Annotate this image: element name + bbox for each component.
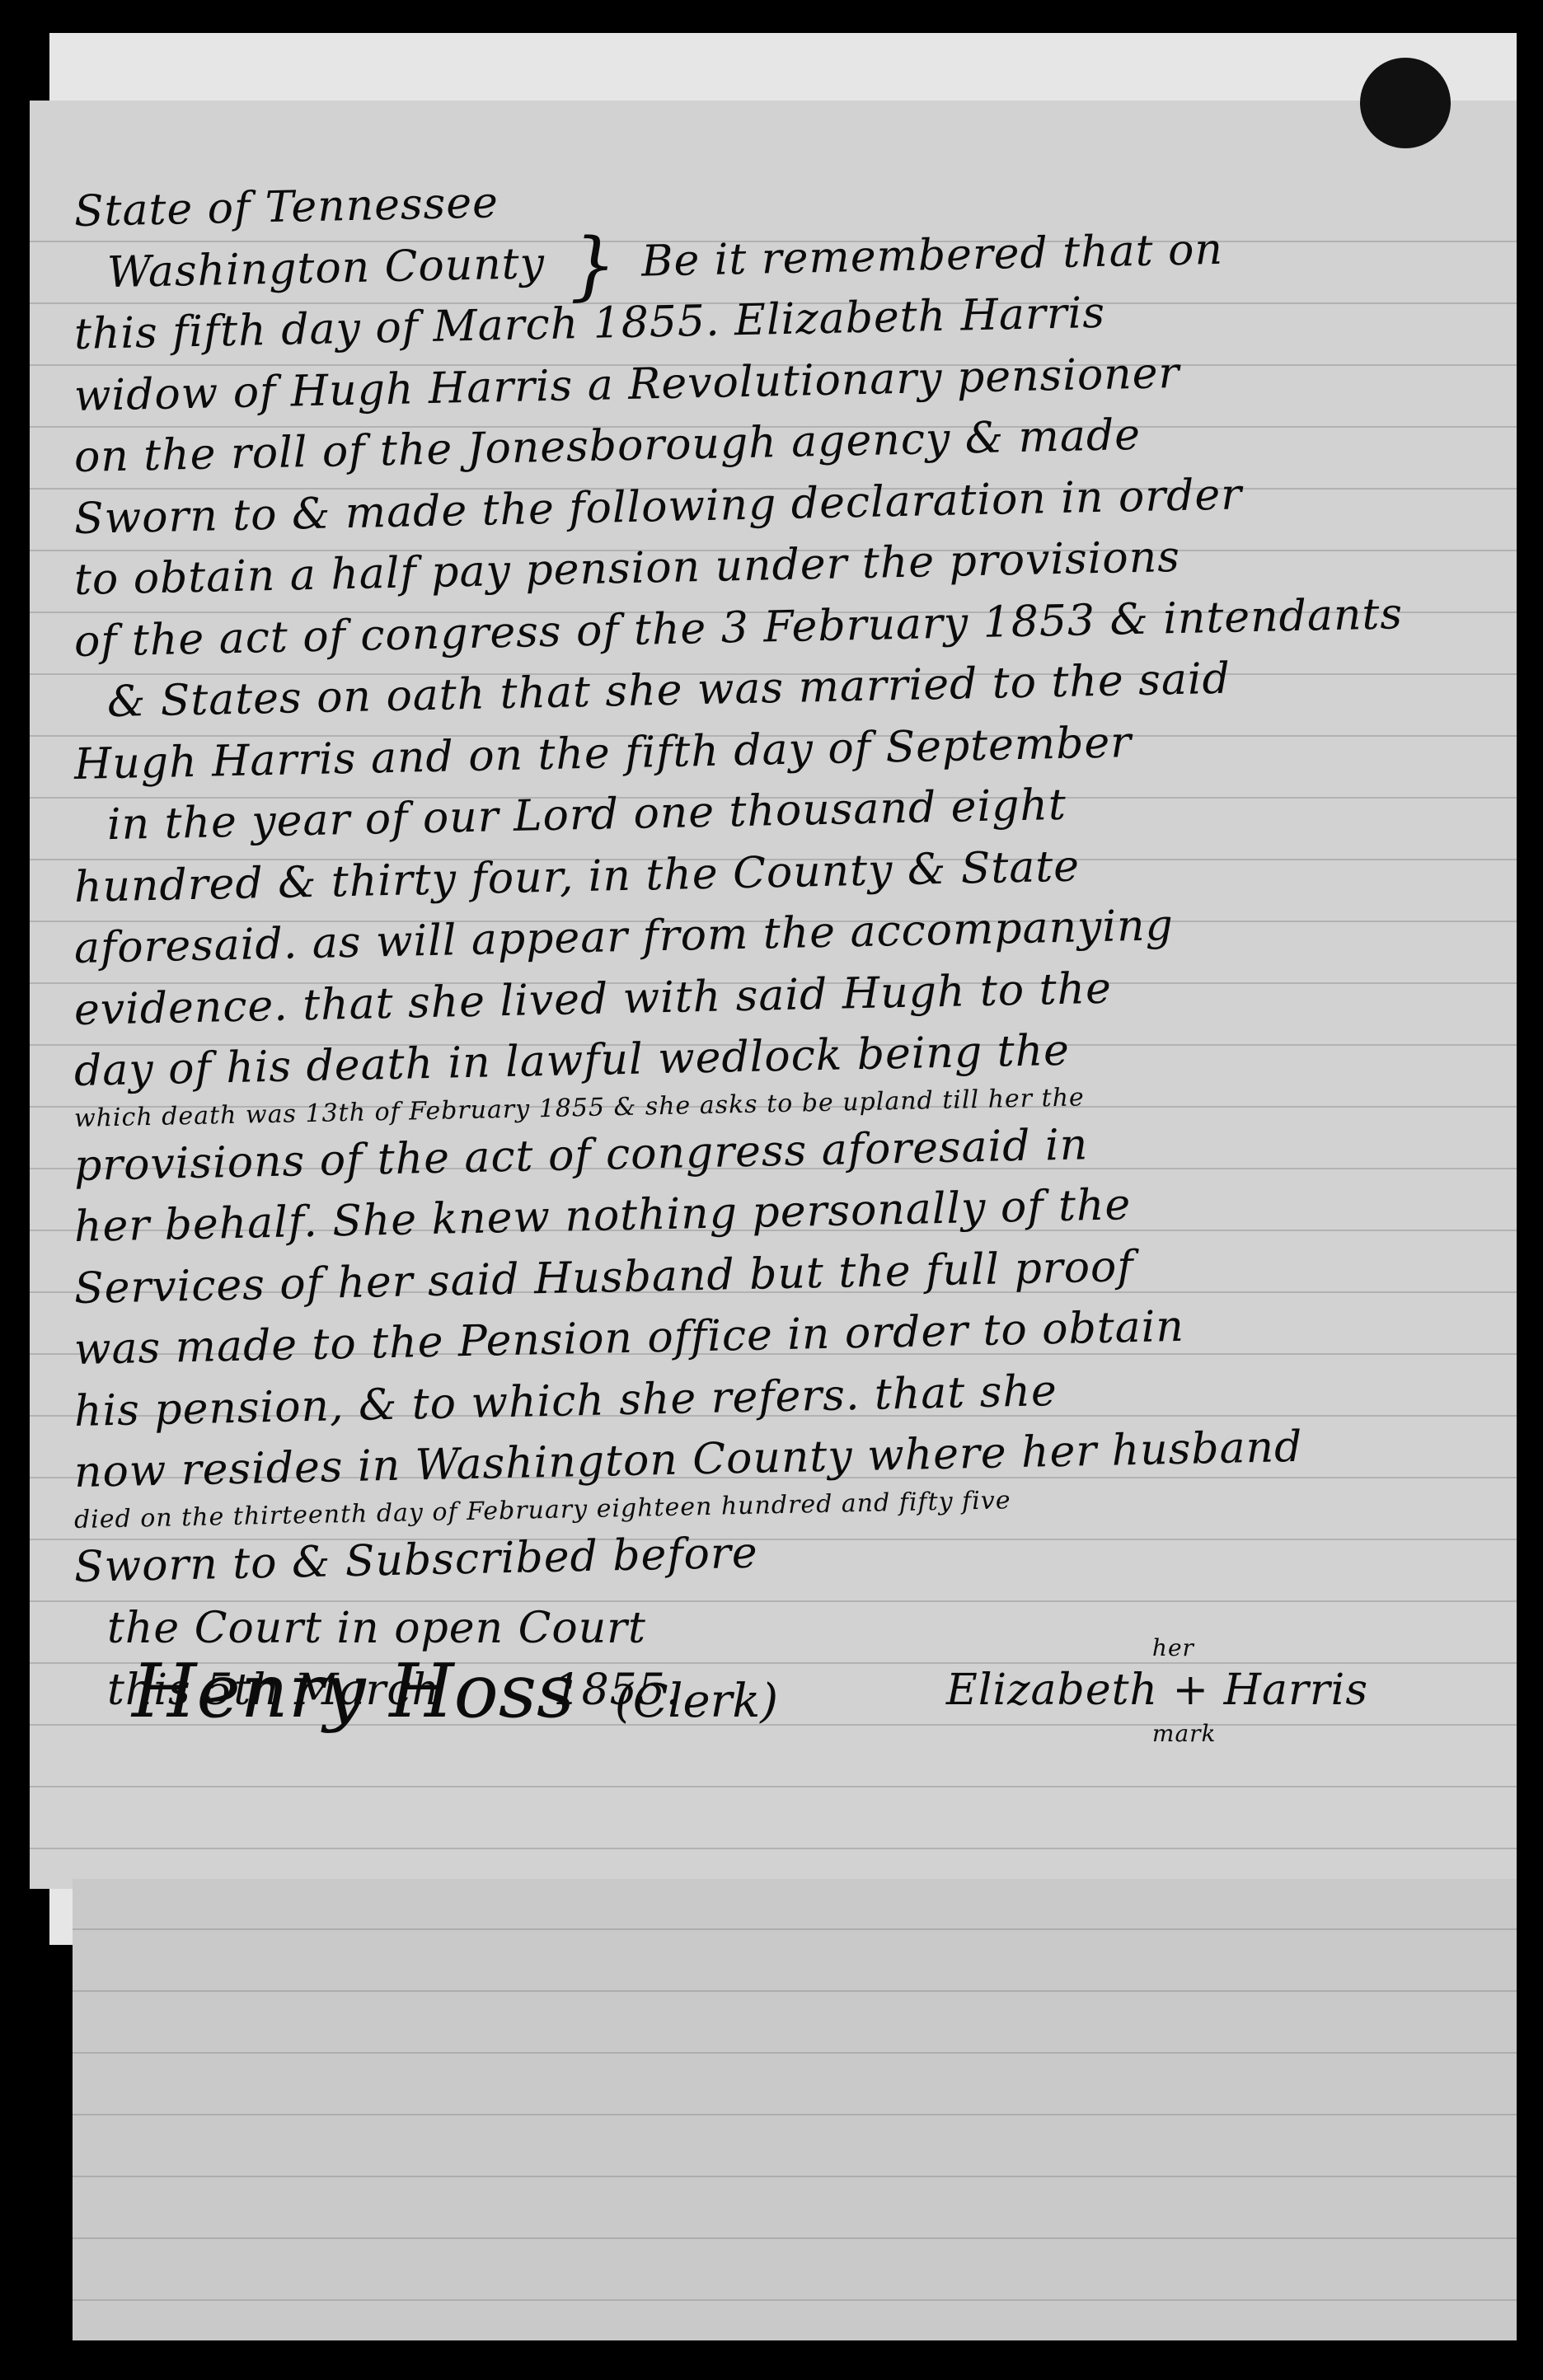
clerk-title: (Clerk) — [615, 1675, 778, 1728]
mark-top-label: her — [1152, 1632, 1194, 1665]
document-page-lower — [73, 1879, 1517, 2340]
clerk-name: Henry Hoss — [132, 1648, 575, 1735]
heading-county: Washington County — [106, 239, 545, 297]
ruled-line — [30, 1786, 1517, 1787]
body-line: Be it remembered that on — [641, 224, 1224, 286]
signature-mark: her Elizabeth + Harris mark — [946, 1660, 1368, 1722]
brace-icon: } — [559, 244, 627, 287]
ruled-line — [73, 2114, 1517, 2115]
ink-blot — [1360, 58, 1451, 148]
ruled-line — [73, 1990, 1517, 1992]
ruled-line — [73, 2176, 1517, 2177]
ruled-line — [73, 2299, 1517, 2301]
ruled-line — [30, 1848, 1517, 1849]
signature-name: Elizabeth + Harris — [946, 1660, 1368, 1722]
declaration-text: State of Tennessee Washington County } B… — [74, 181, 1467, 1721]
ruled-line — [73, 1928, 1517, 1930]
mark-bottom-label: mark — [1152, 1717, 1217, 1750]
ruled-line — [73, 2052, 1517, 2054]
clerk-signature: Henry Hoss (Clerk) — [132, 1648, 778, 1735]
ruled-line — [73, 2237, 1517, 2239]
